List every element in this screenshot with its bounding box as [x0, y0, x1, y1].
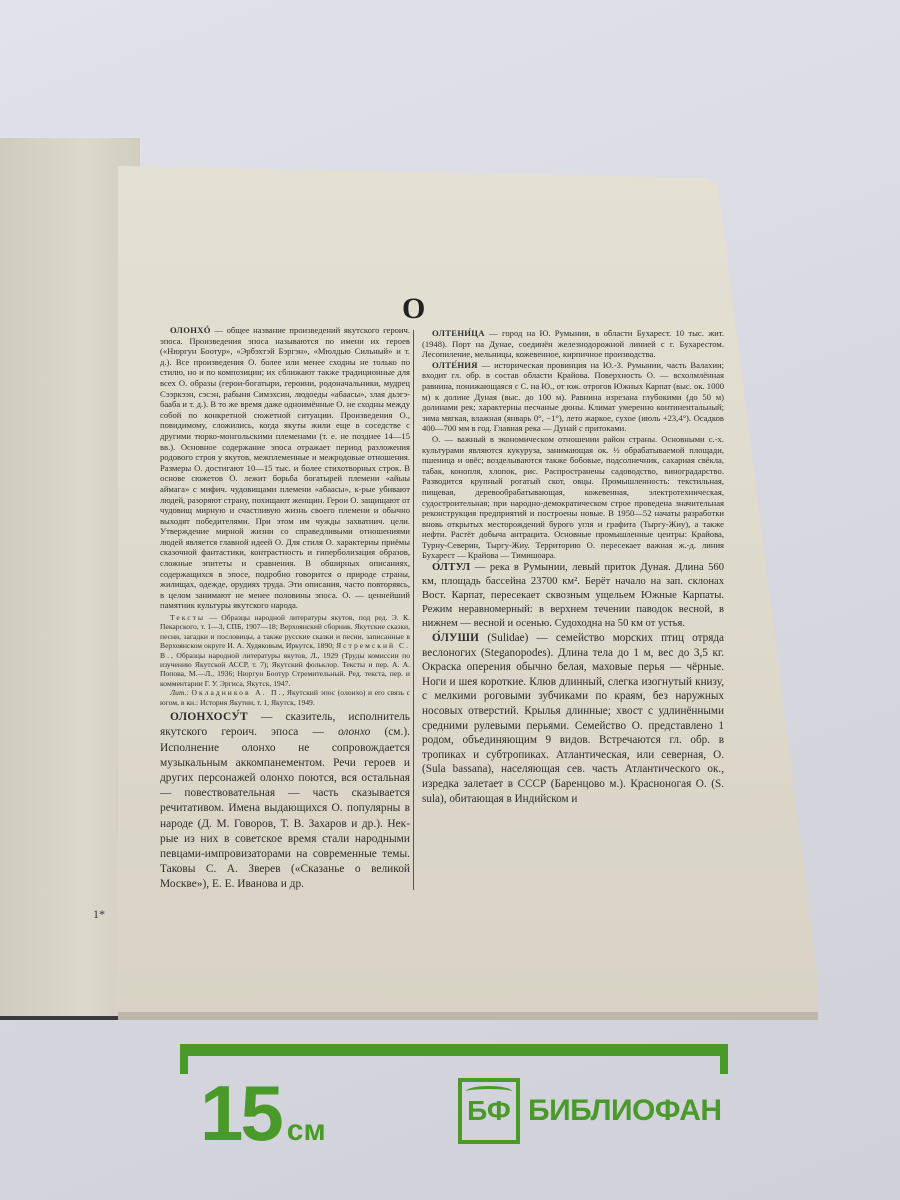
column-divider [413, 330, 414, 890]
size-unit: см [287, 1114, 326, 1147]
literature-block: Тексты — Образцы народной литературы яку… [160, 613, 410, 688]
size-number: 15 [200, 1069, 281, 1157]
ruler-bar [180, 1044, 728, 1056]
texts-list-2: , Образцы народной литературы якутов, Л.… [160, 651, 410, 688]
author: Окладников А. П. [192, 688, 283, 697]
bibliofan-logo: БФ БИБЛИОФАН [458, 1078, 722, 1144]
literature-ref: Лит.: Окладников А. П., Якутский эпос (о… [160, 688, 410, 707]
entry-text: — историческая провинция на Ю.-З. Румыни… [422, 360, 724, 434]
entry-oltenitsa: ОЛТЕНИ́ЦА — город на Ю. Румынии, в облас… [422, 328, 724, 360]
left-column: ОЛОНХÓ — общее название произведений яку… [160, 325, 410, 893]
headword: ОЛТЕНИ́ЦА [432, 328, 485, 338]
logo-name: БИБЛИОФАН [528, 1094, 722, 1128]
lit-label: Лит.: [170, 688, 189, 697]
sheet-signature: 1* [93, 907, 105, 922]
headword: О́ЛУШИ [432, 632, 479, 644]
entry-olonkho: ОЛОНХÓ — общее название произведений яку… [160, 325, 410, 611]
entry-oltenia-economy: О. — важный в экономическом отношении ра… [422, 434, 724, 561]
page-bottom-edge [118, 1012, 818, 1020]
entry-text: — общее название произведений якутского … [160, 325, 410, 610]
entry-olushi: О́ЛУШИ (Sulidae) — семейство морских пти… [422, 631, 724, 806]
entry-oltul: О́ЛТУЛ — река в Румынии, левый приток Ду… [422, 561, 724, 631]
section-letter: О [402, 292, 425, 326]
entry-text-2: (см.). Исполнение олонхо не сопровождает… [160, 726, 410, 890]
entry-text: (Sulidae) — семейство морских птиц отряд… [422, 632, 724, 805]
entry-text: О. — важный в экономическом отношении ра… [422, 434, 724, 561]
headword: О́ЛТУЛ [432, 562, 470, 573]
size-ruler [180, 1044, 728, 1062]
entry-olonkhosut: ОЛОНХОСУ́Т — сказитель, исполнитель якут… [160, 710, 410, 892]
headword: ОЛОНХÓ [170, 325, 211, 335]
texts-label: Тексты [170, 613, 205, 622]
open-book-icon: БФ [458, 1078, 520, 1144]
right-column: ОЛТЕНИ́ЦА — город на Ю. Румынии, в облас… [422, 328, 724, 806]
size-label: 15см [200, 1068, 326, 1159]
entry-oltenia: ОЛТЕ́НИЯ — историческая провинция на Ю.-… [422, 360, 724, 434]
logo-mark: БФ [467, 1095, 511, 1127]
ruler-tick-right [720, 1044, 728, 1074]
headword: ОЛОНХОСУ́Т [170, 711, 248, 723]
headword: ОЛТЕ́НИЯ [432, 360, 478, 370]
ruler-tick-left [180, 1044, 188, 1074]
cross-ref: олонхо [338, 726, 370, 738]
